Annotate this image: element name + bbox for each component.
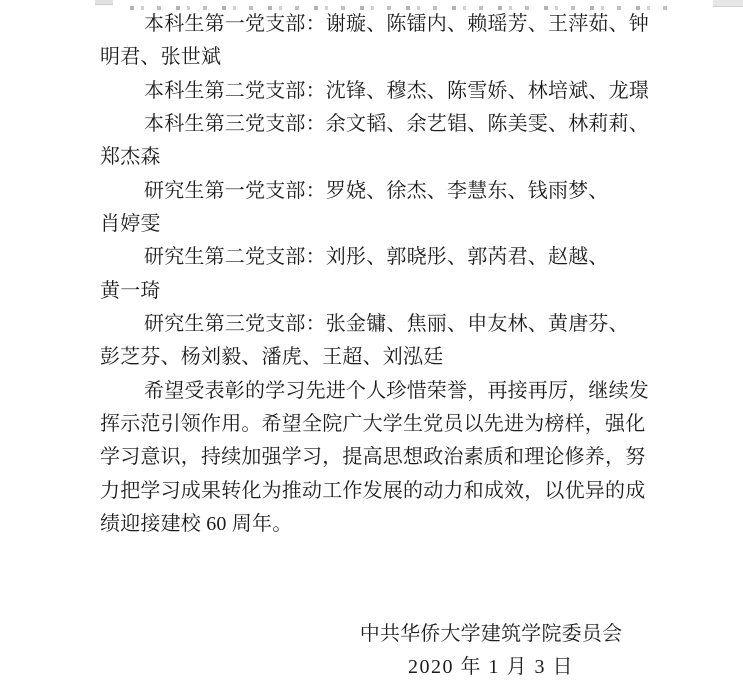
paragraph-line: 本科生第一党支部：谢璇、陈镭内、赖瑶芳、王萍茹、钟: [100, 8, 646, 41]
signature-date: 2020 年 1 月 3 日: [336, 651, 646, 684]
document-page: 本科生第一党支部：谢璇、陈镭内、赖瑶芳、王萍茹、钟 明君、张世斌 本科生第二党支…: [0, 0, 743, 697]
paragraph-line: 黄一琦: [100, 275, 646, 308]
paragraph-line: 本科生第二党支部：沈锋、穆杰、陈雪娇、林培斌、龙璟: [100, 75, 646, 108]
paragraph-line: 彭芝芬、杨刘毅、潘虎、王超、刘泓廷: [100, 341, 646, 374]
top-left-artifact: [95, 0, 113, 5]
paragraph-line: 学习意识，持续加强学习，提高思想政治素质和理论修养，努: [100, 441, 646, 474]
paragraph-line: 挥示范引领作用。希望全院广大学生党员以先进为榜样，强化: [100, 408, 646, 441]
paragraph-line: 希望受表彰的学习先进个人珍惜荣誉，再接再厉，继续发: [100, 375, 646, 408]
signature-committee: 中共华侨大学建筑学院委员会: [336, 618, 646, 651]
paragraph-line: 研究生第一党支部：罗娆、徐杰、李慧东、钱雨梦、: [100, 175, 646, 208]
paragraph-line: 绩迎接建校 60 周年。: [100, 508, 646, 541]
paragraph-line: 力把学习成果转化为推动工作发展的动力和成效，以优异的成: [100, 475, 646, 508]
paragraph-line: 研究生第三党支部：张金镛、焦丽、申友林、黄唐芬、: [100, 308, 646, 341]
paragraph-line: 明君、张世斌: [100, 41, 646, 74]
signature-block: 中共华侨大学建筑学院委员会 2020 年 1 月 3 日: [336, 618, 646, 685]
paragraph-line: 郑杰森: [100, 141, 646, 174]
paragraph-line: 研究生第二党支部：刘彤、郭晓彤、郭芮君、赵越、: [100, 241, 646, 274]
paragraph-line: 本科生第三党支部：余文韬、余艺锠、陈美雯、林莉莉、: [100, 108, 646, 141]
paragraph-line: 肖婷雯: [100, 208, 646, 241]
document-body: 本科生第一党支部：谢璇、陈镭内、赖瑶芳、王萍茹、钟 明君、张世斌 本科生第二党支…: [100, 8, 646, 684]
top-right-artifact: [713, 0, 743, 7]
